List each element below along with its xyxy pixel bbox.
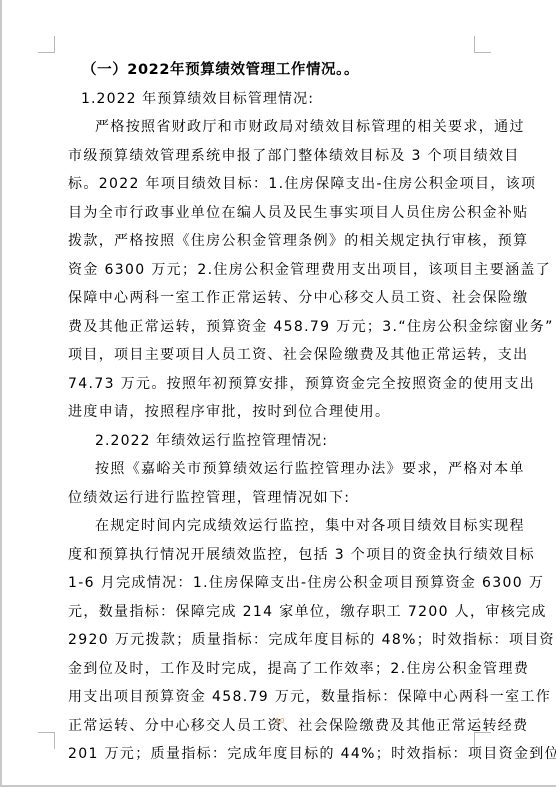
document-page: （一）2022年预算绩效管理工作情况。。 1.2022 年预算绩效目标管理情况:… [2, 0, 556, 785]
paragraph-line: 用支出项目预算资金 458.79 万元，数量指标：保障中心两科一室工作 [68, 683, 514, 712]
paragraph-line: 标。2022 年项目绩效目标：1.住房保障支出-住房公积金项目，该项 [68, 170, 514, 199]
paragraph-line: 市级预算绩效管理系统申报了部门整体绩效目标及 3 个项目绩效目 [68, 142, 514, 171]
paragraph-line: 费及其他正常运转，预算资金 458.79 万元；3.“住房公积金综窗业务” [68, 313, 514, 342]
section-heading: （一）2022年预算绩效管理工作情况。。 [68, 56, 514, 85]
paragraph-line: 进度申请，按照程序审批，按时到位合理使用。 [68, 398, 514, 427]
paragraph-line: 资金 6300 万元；2.住房公积金管理费用支出项目，该项目主要涵盖了 [68, 256, 514, 285]
page-number: 10 [2, 717, 556, 725]
subsection-title-1: 1.2022 年预算绩效目标管理情况: [68, 85, 514, 114]
paragraph-line: 目为全市行政事业单位在编人员及民生事实项目人员住房公积金补贴 [68, 199, 514, 228]
paragraph-line: 项目，项目主要项目人员工资、社会保险缴费及其他正常运转，支出 [68, 341, 514, 370]
crop-mark-top-right [474, 36, 491, 53]
paragraph-line: 在规定时间内完成绩效运行监控，集中对各项目绩效目标实现程 [68, 512, 514, 541]
subsection-title-2: 2.2022 年绩效运行监控管理情况: [68, 427, 514, 456]
paragraph-line: 保障中心两科一室工作正常运转、分中心移交人员工资、社会保险缴 [68, 284, 514, 313]
paragraph-line: 严格按照省财政厅和市财政局对绩效目标管理的相关要求，通过 [68, 113, 514, 142]
crop-mark-bottom-left [38, 732, 55, 749]
paragraph-line: 元，数量指标：保障完成 214 家单位，缴存职工 7200 人，审核完成 [68, 598, 514, 627]
paragraph-line: 201 万元；质量指标：完成年度目标的 44%；时效指标：项目资金到位 [68, 740, 514, 769]
paragraph-line: 拨款，严格按照《住房公积金管理条例》的相关规定执行审核，预算 [68, 227, 514, 256]
crop-mark-top-left [38, 36, 55, 53]
paragraph-line: 正常运转、分中心移交人员工资、社会保险缴费及其他正常运转经费 [68, 712, 514, 741]
paragraph-line: 按照《嘉峪关市预算绩效运行监控管理办法》要求，严格对本单 [68, 455, 514, 484]
paragraph-line: 度和预算执行情况开展绩效监控，包括 3 个项目的资金执行绩效目标 [68, 541, 514, 570]
paragraph-line: 位绩效运行进行监控管理，管理情况如下: [68, 484, 514, 513]
paragraph-line: 1-6 月完成情况：1.住房保障支出-住房公积金项目预算资金 6300 万 [68, 569, 514, 598]
document-body: （一）2022年预算绩效管理工作情况。。 1.2022 年预算绩效目标管理情况:… [68, 56, 514, 769]
paragraph-line: 74.73 万元。按照年初预算安排，预算资金完全按照资金的使用支出 [68, 370, 514, 399]
paragraph-line: 金到位及时，工作及时完成，提高了工作效率；2.住房公积金管理费 [68, 655, 514, 684]
paragraph-line: 2920 万元拨款；质量指标：完成年度目标的 48%；时效指标：项目资 [68, 626, 514, 655]
